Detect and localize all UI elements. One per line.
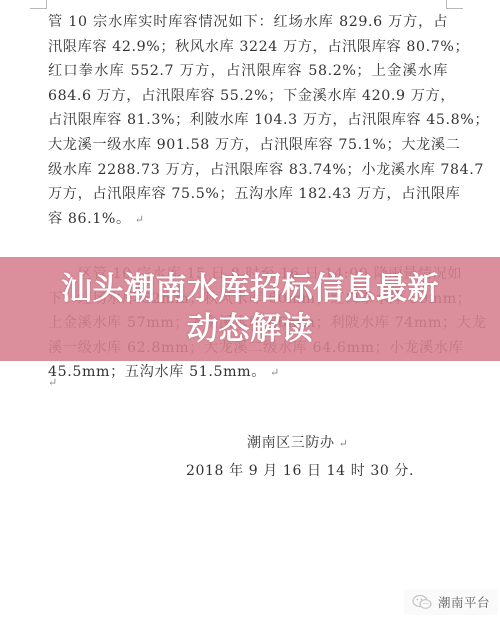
organization-name: 潮南区三防办 [247, 435, 335, 451]
text-line: 占汛限库容 81.3%；利陂水库 104.3 万方，占汛限库容 45.8%； [48, 108, 448, 133]
text-line: 684.6 万方，占汛限库容 55.2%；下金溪水库 420.9 万方， [48, 84, 448, 109]
paragraph-mark-icon: ↵ [135, 213, 145, 226]
text-line: 汛限库容 42.9%；秋风水库 3224 万方，占汛限库容 80.7%； [48, 35, 448, 60]
text-line: 红口拳水库 552.7 万方，占汛限库容 58.2%；上金溪水库 [48, 59, 448, 84]
text-line: 万方，占汛限库容 75.5%；五沟水库 182.43 万方，占汛限库 [48, 182, 448, 207]
reservoir-capacity-paragraph: 管 10 宗水库实时库容情况如下：红场水库 829.6 万方，占 汛限库容 42… [48, 10, 448, 231]
paragraph-mark-icon: ↵ [270, 366, 280, 379]
signature-datetime: 2018 年 9 月 16 日 14 时 30 分. [186, 460, 414, 480]
text-line: 管 10 宗水库实时库容情况如下：红场水库 829.6 万方，占 [48, 10, 448, 35]
text-line-content: 容 86.1%。 [48, 211, 131, 227]
empty-paragraph-mark-icon: ↵ [48, 376, 57, 389]
title-banner: 汕头潮南水库招标信息最新动态解读 [0, 257, 500, 361]
crop-mark-top-left [30, 0, 47, 9]
crop-mark-top-right [446, 0, 463, 9]
paragraph-mark-icon: ↵ [339, 437, 349, 450]
wechat-icon [412, 594, 432, 610]
document-page: 管 10 宗水库实时库容情况如下：红场水库 829.6 万方，占 汛限库容 42… [0, 0, 500, 623]
text-line: 45.5mm；五沟水库 51.5mm。↵ [48, 360, 448, 385]
text-line: 容 86.1%。↵ [48, 207, 448, 232]
watermark-label: 潮南平台 [438, 593, 490, 611]
source-watermark: 潮南平台 [404, 589, 498, 615]
signature-organization: 潮南区三防办↵ [247, 432, 348, 452]
text-line: 级水库 2288.73 万方，占汛限库容 83.74%；小龙溪水库 784.7 [48, 158, 448, 183]
banner-title: 汕头潮南水库招标信息最新动态解读 [50, 269, 450, 349]
text-line-content: 45.5mm；五沟水库 51.5mm。 [48, 364, 266, 380]
text-line: 大龙溪一级水库 901.58 万方，占汛限库容 75.1%；大龙溪二 [48, 133, 448, 158]
